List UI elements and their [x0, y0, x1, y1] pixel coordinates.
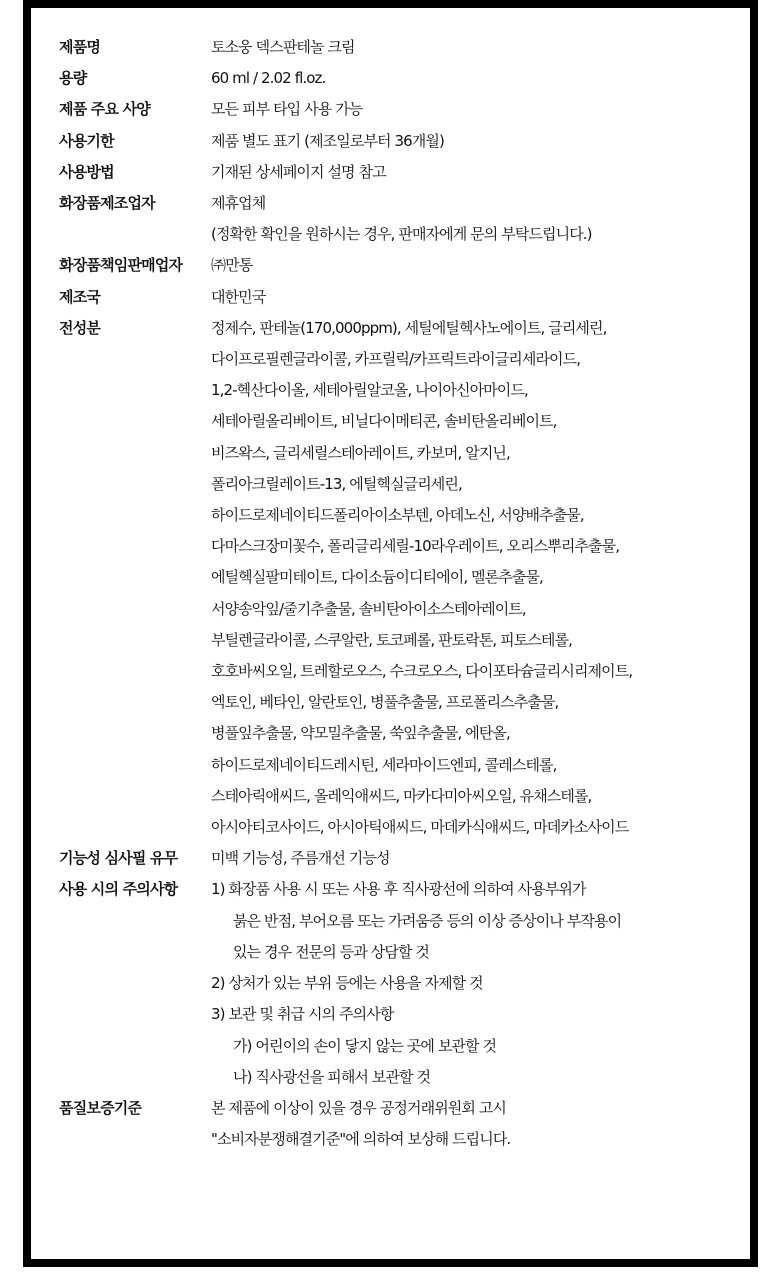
label-quality-guarantee: 품질보증기준	[59, 1093, 211, 1155]
row-functional-certification: 기능성 심사필 유무 미백 기능성, 주름개선 기능성	[59, 843, 740, 874]
label-functional-certification: 기능성 심사필 유무	[59, 843, 211, 874]
ingredients-line: 스테아릭애씨드, 올레익애씨드, 마카다미아씨오일, 유채스테롤,	[211, 781, 740, 812]
label-country: 제조국	[59, 282, 211, 313]
ingredients-line: 정제수, 판테놀(170,000ppm), 세틸에틸헥사노에이트, 글리세린,	[211, 313, 740, 344]
label-main-spec: 제품 주요 사양	[59, 94, 211, 125]
row-expiry: 사용기한 제품 별도 표기 (제조일로부터 36개월)	[59, 126, 740, 157]
value-usage: 기재된 상세페이지 설명 참고	[211, 157, 740, 188]
value-responsible-seller: ㈜만통	[211, 250, 740, 281]
row-usage: 사용방법 기재된 상세페이지 설명 참고	[59, 157, 740, 188]
label-usage: 사용방법	[59, 157, 211, 188]
ingredients-line: 호호바씨오일, 트레할로오스, 수크로오스, 다이포타슘글리시리제이트,	[211, 656, 740, 687]
value-country: 대한민국	[211, 282, 740, 313]
ingredients-line: 병풀잎추출물, 약모밀추출물, 쑥잎추출물, 에탄올,	[211, 718, 740, 749]
ingredients-line: 다마스크장미꽃수, 폴리글리세릴-10라우레이트, 오리스뿌리추출물,	[211, 531, 740, 562]
label-manufacturer: 화장품제조업자	[59, 188, 211, 250]
ingredients-line: 비즈왁스, 글리세릴스테아레이트, 카보머, 알지닌,	[211, 438, 740, 469]
precaution-item-continued: 있는 경우 전문의 등과 상담할 것	[211, 937, 740, 968]
precaution-subitem: 가) 어린이의 손이 닿지 않는 곳에 보관할 것	[211, 1031, 740, 1062]
value-quality-guarantee: 본 제품에 이상이 있을 경우 공정거래위원회 고시	[211, 1093, 740, 1124]
row-volume: 용량 60 ml / 2.02 fl.oz.	[59, 63, 740, 94]
ingredients-line: 폴리아크릴레이트-13, 에틸헥실글리세린,	[211, 469, 740, 500]
value-manufacturer-note: (정확한 확인을 원하시는 경우, 판매자에게 문의 부탁드립니다.)	[211, 219, 740, 250]
row-quality-guarantee: 품질보증기준 본 제품에 이상이 있을 경우 공정거래위원회 고시 "소비자분쟁…	[59, 1093, 740, 1155]
value-expiry: 제품 별도 표기 (제조일로부터 36개월)	[211, 126, 740, 157]
label-precautions: 사용 시의 주의사항	[59, 874, 211, 1092]
ingredients-line: 엑토인, 베타인, 알란토인, 병풀추출물, 프로폴리스추출물,	[211, 687, 740, 718]
value-product-name: 토소웅 덱스판테놀 크림	[211, 32, 740, 63]
row-responsible-seller: 화장품책임판매업자 ㈜만통	[59, 250, 740, 281]
row-main-spec: 제품 주요 사양 모든 피부 타입 사용 가능	[59, 94, 740, 125]
row-country: 제조국 대한민국	[59, 282, 740, 313]
row-precautions: 사용 시의 주의사항 1) 화장품 사용 시 또는 사용 후 직사광선에 의하여…	[59, 874, 740, 1092]
ingredients-list: 정제수, 판테놀(170,000ppm), 세틸에틸헥사노에이트, 글리세린, …	[211, 313, 740, 843]
ingredients-line: 세테아릴올리베이트, 비닐다이메티콘, 솔비탄올리베이트,	[211, 406, 740, 437]
label-ingredients: 전성분	[59, 313, 211, 843]
value-quality-guarantee-continued: "소비자분쟁해결기준"에 의하여 보상해 드립니다.	[211, 1124, 740, 1155]
ingredients-line: 하이드로제네이티드레시틴, 세라마이드엔피, 콜레스테롤,	[211, 750, 740, 781]
label-responsible-seller: 화장품책임판매업자	[59, 250, 211, 281]
value-manufacturer: 제휴업체	[211, 188, 740, 219]
ingredients-line: 하이드로제네이티드폴리아이소부텐, 아데노신, 서양배추출물,	[211, 500, 740, 531]
row-manufacturer: 화장품제조업자 제휴업체 (정확한 확인을 원하시는 경우, 판매자에게 문의 …	[59, 188, 740, 250]
value-functional-certification: 미백 기능성, 주름개선 기능성	[211, 843, 740, 874]
ingredients-line: 에틸헥실팔미테이트, 다이소듐이디티에이, 멜론추출물,	[211, 562, 740, 593]
ingredients-line: 다이프로필렌글라이콜, 카프릴릭/카프릭트라이글리세라이드,	[211, 344, 740, 375]
product-info-frame: 제품명 토소웅 덱스판테놀 크림 용량 60 ml / 2.02 fl.oz. …	[23, 0, 758, 1267]
value-main-spec: 모든 피부 타입 사용 가능	[211, 94, 740, 125]
product-info-table: 제품명 토소웅 덱스판테놀 크림 용량 60 ml / 2.02 fl.oz. …	[59, 32, 740, 1155]
label-volume: 용량	[59, 63, 211, 94]
precautions-list: 1) 화장품 사용 시 또는 사용 후 직사광선에 의하여 사용부위가 붉은 반…	[211, 874, 740, 1092]
ingredients-line: 아시아티코사이드, 아시아틱애씨드, 마데카식애씨드, 마데카소사이드	[211, 812, 740, 843]
precaution-item: 1) 화장품 사용 시 또는 사용 후 직사광선에 의하여 사용부위가	[211, 874, 740, 905]
ingredients-line: 부틸렌글라이콜, 스쿠알란, 토코페롤, 판토락톤, 피토스테롤,	[211, 625, 740, 656]
precaution-subitem: 나) 직사광선을 피해서 보관할 것	[211, 1062, 740, 1093]
precaution-item: 3) 보관 및 취급 시의 주의사항	[211, 999, 740, 1030]
label-product-name: 제품명	[59, 32, 211, 63]
precaution-item: 2) 상처가 있는 부위 등에는 사용을 자제할 것	[211, 968, 740, 999]
row-product-name: 제품명 토소웅 덱스판테놀 크림	[59, 32, 740, 63]
ingredients-line: 서양송악잎/줄기추출물, 솔비탄아이소스테아레이트,	[211, 594, 740, 625]
value-volume: 60 ml / 2.02 fl.oz.	[211, 63, 740, 94]
label-expiry: 사용기한	[59, 126, 211, 157]
precaution-item-continued: 붉은 반점, 부어오름 또는 가려움증 등의 이상 증상이나 부작용이	[211, 906, 740, 937]
ingredients-line: 1,2-헥산다이올, 세테아릴알코올, 나이아신아마이드,	[211, 375, 740, 406]
row-ingredients: 전성분 정제수, 판테놀(170,000ppm), 세틸에틸헥사노에이트, 글리…	[59, 313, 740, 843]
